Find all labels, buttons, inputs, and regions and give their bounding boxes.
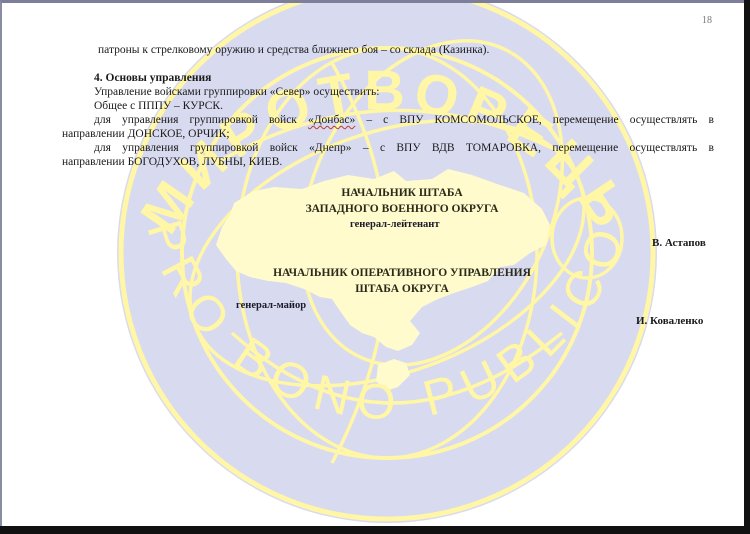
word: группировкой xyxy=(190,141,258,155)
signature-2-title: НАЧАЛЬНИК ОПЕРАТИВНОГО УПРАВЛЕНИЯ ШТАБА … xyxy=(242,265,562,297)
word: для xyxy=(94,113,111,127)
section-heading: 4. Основы управления xyxy=(94,71,211,85)
word: в xyxy=(709,113,714,127)
word: ВПУ xyxy=(399,113,423,127)
word: для xyxy=(94,141,111,155)
signature-2-rank: генерал-майор xyxy=(236,300,306,311)
signature-2-name: И. Коваленко xyxy=(636,315,703,327)
donbas-continuation: направлении ДОНСКОЕ, ОРЧИК; xyxy=(62,127,230,141)
word: осуществлять xyxy=(630,141,698,155)
signature-1-rank: генерал-лейтенант xyxy=(350,219,440,230)
word: «Донбас» xyxy=(308,113,355,127)
word: с xyxy=(383,113,388,127)
word: с xyxy=(380,141,385,155)
word: перемещение xyxy=(552,141,618,155)
word: группировкой xyxy=(190,113,258,127)
word: осуществлять xyxy=(630,113,698,127)
word: управления xyxy=(122,141,178,155)
page-shadow-right xyxy=(744,0,750,534)
word: войск xyxy=(270,141,298,155)
dnepr-line: дляуправлениягруппировкойвойск«Днепр»–сВ… xyxy=(94,141,714,155)
control-line: Управление войсками группировки «Север» … xyxy=(94,85,379,99)
word: «Днепр» xyxy=(309,141,352,155)
word: войск xyxy=(269,113,297,127)
dnepr-continuation: направлении БОГОДУХОВ, ЛУБНЫ, КИЕВ. xyxy=(62,155,282,169)
common-line: Общее с ПППУ – КУРСК. xyxy=(94,99,223,113)
donbas-line: дляуправлениягруппировкойвойск«Донбас»–с… xyxy=(94,113,714,127)
word: управления xyxy=(122,113,178,127)
word: ВПУ xyxy=(396,141,420,155)
word: в xyxy=(709,141,714,155)
page-number: 18 xyxy=(702,15,712,26)
page-shadow-bottom xyxy=(0,526,750,534)
signature-1-name: В. Астапов xyxy=(652,237,706,249)
word: ВДВ xyxy=(432,141,455,155)
word: ТОМАРОВКА, xyxy=(466,141,541,155)
ammo-line: патроны к стрелковому оружию и средства … xyxy=(98,43,489,57)
word: – xyxy=(366,113,372,127)
document-page: МИРОТВОРЕЦЬ PRO BONO PUBLICO 18 патроны … xyxy=(0,0,744,526)
word: перемещение xyxy=(553,113,619,127)
word: КОМСОМОЛЬСКОЕ, xyxy=(435,113,542,127)
signature-1-title: НАЧАЛЬНИК ШТАБА ЗАПАДНОГО ВОЕННОГО ОКРУГ… xyxy=(252,185,552,217)
word: – xyxy=(363,141,369,155)
